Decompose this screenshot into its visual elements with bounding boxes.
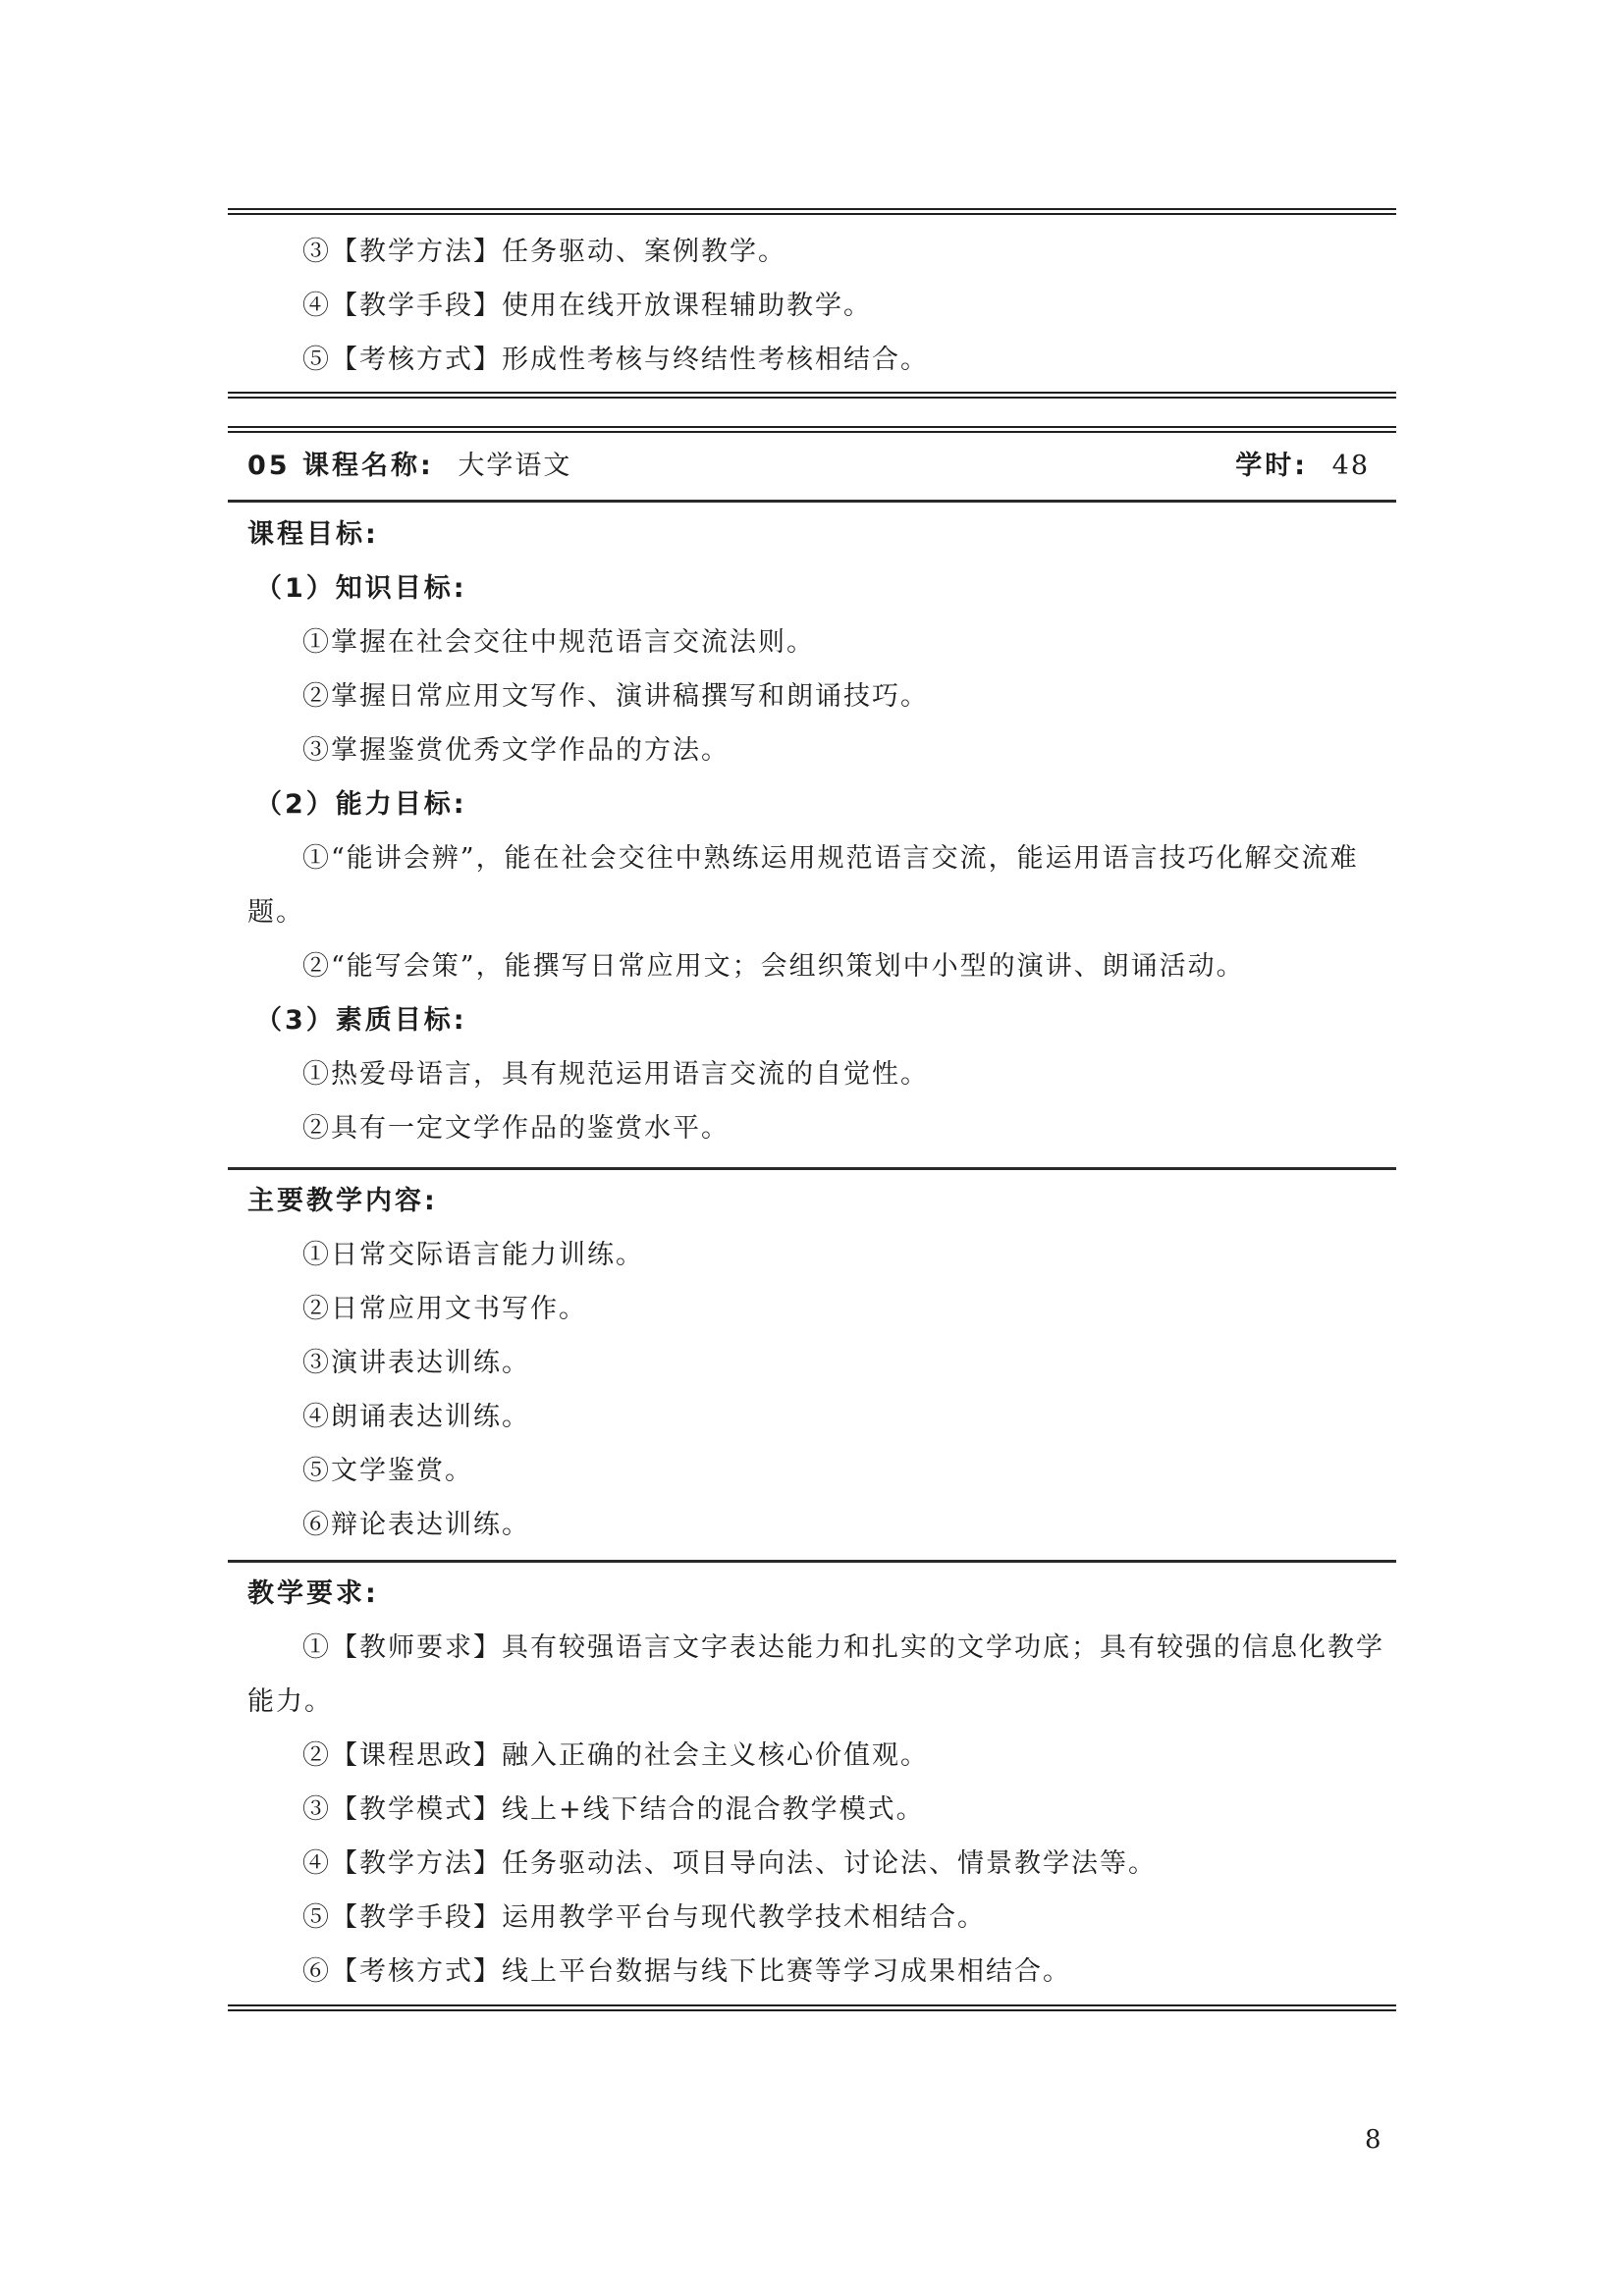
previous-course-requirements: ③【教学方法】任务驱动、案例教学。 ④【教学手段】使用在线开放课程辅助教学。 ⑤… [228, 215, 1396, 392]
course-name: 大学语文 [458, 451, 571, 481]
objective-group-title: （3）素质目标: [247, 993, 1396, 1047]
course-name-group: 05 课程名称: 大学语文 [247, 439, 571, 493]
page-number: 8 [1365, 2113, 1381, 2167]
table-border-top [228, 426, 1396, 433]
course-number-label: 05 课程名称: [247, 451, 434, 481]
requirement-item: ④【教学手段】使用在线开放课程辅助教学。 [247, 279, 1396, 333]
previous-course-table-fragment: ③【教学方法】任务驱动、案例教学。 ④【教学手段】使用在线开放课程辅助教学。 ⑤… [228, 208, 1396, 399]
content-column: ③【教学方法】任务驱动、案例教学。 ④【教学手段】使用在线开放课程辅助教学。 ⑤… [228, 208, 1396, 2011]
objective-item: ①“能讲会辨”，能在社会交往中熟练运用规范语言交流，能运用语言技巧化解交流难题。 [247, 831, 1396, 939]
content-item: ②日常应用文书写作。 [247, 1282, 1396, 1336]
content-item: ⑥辩论表达训练。 [247, 1498, 1396, 1552]
requirement-item: ①【教师要求】具有较强语言文字表达能力和扎实的文学功底；具有较强的信息化教学能力… [247, 1621, 1396, 1729]
objective-item: ②“能写会策”，能撰写日常应用文；会组织策划中小型的演讲、朗诵活动。 [247, 939, 1396, 993]
hours-value: 48 [1332, 451, 1370, 481]
requirement-item: ④【教学方法】任务驱动法、项目导向法、讨论法、情景教学法等。 [247, 1837, 1396, 1891]
section-title: 课程目标: [247, 507, 1396, 561]
course-header-row: 05 课程名称: 大学语文 学时: 48 [228, 433, 1396, 500]
course-objectives-section: 课程目标: （1）知识目标: ①掌握在社会交往中规范语言交流法则。 ②掌握日常应… [228, 503, 1396, 1167]
content-item: ④朗诵表达训练。 [247, 1390, 1396, 1444]
objective-item: ①热爱母语言，具有规范运用语言交流的自觉性。 [247, 1047, 1396, 1101]
requirement-item: ③【教学方法】任务驱动、案例教学。 [247, 225, 1396, 279]
requirement-item: ③【教学模式】线上+线下结合的混合教学模式。 [247, 1783, 1396, 1837]
objective-item: ②具有一定文学作品的鉴赏水平。 [247, 1101, 1396, 1155]
content-item: ③演讲表达训练。 [247, 1336, 1396, 1390]
objective-item: ①掌握在社会交往中规范语言交流法则。 [247, 615, 1396, 669]
objective-group-title: （2）能力目标: [247, 777, 1396, 831]
table-border-bottom [228, 2004, 1396, 2011]
objective-group-title: （1）知识目标: [247, 561, 1396, 615]
requirement-item: ②【课程思政】融入正确的社会主义核心价值观。 [247, 1729, 1396, 1783]
content-item: ①日常交际语言能力训练。 [247, 1228, 1396, 1282]
table-border-bottom [228, 392, 1396, 399]
objective-item: ③掌握鉴赏优秀文学作品的方法。 [247, 723, 1396, 777]
table-border-top [228, 208, 1396, 215]
requirement-item: ⑤【考核方式】形成性考核与终结性考核相结合。 [247, 333, 1396, 387]
hours-label: 学时: [1235, 451, 1308, 481]
objective-item: ②掌握日常应用文写作、演讲稿撰写和朗诵技巧。 [247, 669, 1396, 723]
section-title: 主要教学内容: [247, 1174, 1396, 1228]
section-title: 教学要求: [247, 1567, 1396, 1621]
document-page: ③【教学方法】任务驱动、案例教学。 ④【教学手段】使用在线开放课程辅助教学。 ⑤… [0, 0, 1624, 2296]
teaching-requirements-section: 教学要求: ①【教师要求】具有较强语言文字表达能力和扎实的文学功底；具有较强的信… [228, 1563, 1396, 2004]
requirement-item: ⑤【教学手段】运用教学平台与现代教学技术相结合。 [247, 1891, 1396, 1945]
content-item: ⑤文学鉴赏。 [247, 1444, 1396, 1498]
course-hours-group: 学时: 48 [1235, 439, 1370, 493]
teaching-content-section: 主要教学内容: ①日常交际语言能力训练。 ②日常应用文书写作。 ③演讲表达训练。… [228, 1170, 1396, 1560]
course-table: 05 课程名称: 大学语文 学时: 48 课程目标: （1）知识目标: ①掌握在… [228, 426, 1396, 2011]
requirement-item: ⑥【考核方式】线上平台数据与线下比赛等学习成果相结合。 [247, 1945, 1396, 1999]
